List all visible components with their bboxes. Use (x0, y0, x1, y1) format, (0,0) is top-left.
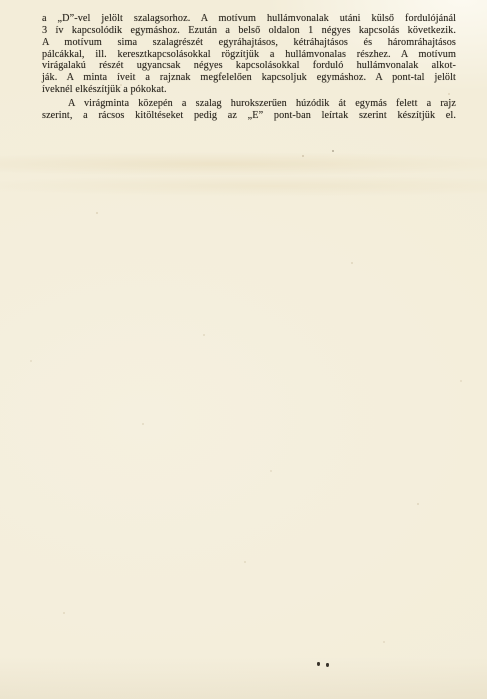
scanned-page: a „D”-vel jelölt szalagsorhoz. A motívum… (0, 0, 487, 699)
paragraph: a „D”-vel jelölt szalagsorhoz. A motívum… (42, 13, 456, 96)
text-line: szerint, a rácsos kitöltéseket pedig az … (42, 110, 456, 122)
paragraph: A virágminta közepén a szalag hurokszerű… (42, 98, 456, 122)
text-line: A virágminta közepén a szalag hurokszerű… (42, 98, 456, 110)
ink-dot (317, 662, 320, 666)
text-line: A motívum sima szalagrészét egyráhajtáso… (42, 37, 456, 49)
text-line: 3 ív kapcsolódik egymáshoz. Ezután a bel… (42, 25, 456, 37)
text-line: a „D”-vel jelölt szalagsorhoz. A motívum… (42, 13, 456, 25)
text-line: íveknél elkészítjük a pókokat. (42, 84, 456, 96)
text-line: pálcákkal, ill. keresztkapcsolásokkal rö… (42, 49, 456, 61)
text-line: ják. A minta íveit a rajznak megfelelően… (42, 72, 456, 84)
page-text: a „D”-vel jelölt szalagsorhoz. A motívum… (42, 13, 456, 122)
ink-dot (326, 663, 329, 667)
text-line: virágalakú részét ugyancsak négyes kapcs… (42, 60, 456, 72)
paper-texture-speckles (0, 0, 2, 2)
